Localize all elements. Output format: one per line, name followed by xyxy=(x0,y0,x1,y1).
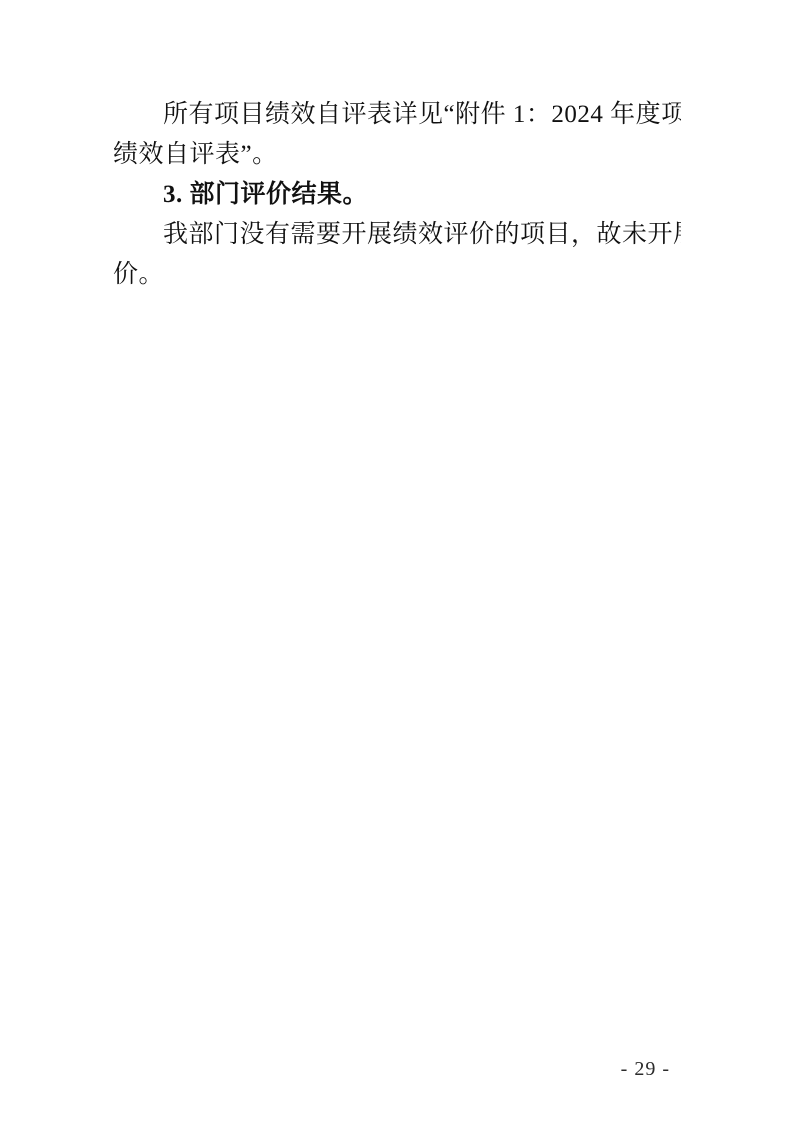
paragraph-1-line-2: 绩效自评表”。 xyxy=(113,135,681,175)
document-body-text: 所有项目绩效自评表详见“附件 1：2024 年度项目支出 绩效自评表”。 3. … xyxy=(113,95,681,295)
paragraph-2-line-1: 我部门没有需要开展绩效评价的项目，故未开展部门评 xyxy=(113,215,681,255)
paragraph-1-line-1: 所有项目绩效自评表详见“附件 1：2024 年度项目支出 xyxy=(113,95,681,135)
section-heading-department-evaluation-results: 3. 部门评价结果。 xyxy=(113,175,681,215)
paragraph-2-line-2: 价。 xyxy=(113,255,681,295)
page-number: - 29 - xyxy=(621,1057,670,1081)
document-page: 所有项目绩效自评表详见“附件 1：2024 年度项目支出 绩效自评表”。 3. … xyxy=(0,0,793,1122)
